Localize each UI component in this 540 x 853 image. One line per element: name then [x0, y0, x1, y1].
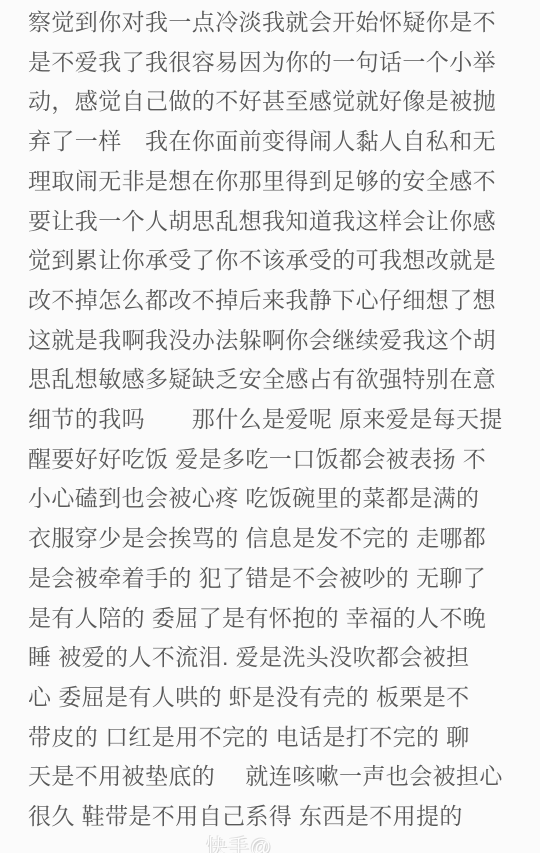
- text-line: 改不掉怎么都改不掉后来我静下心仔细想了想: [28, 281, 526, 321]
- text-line: 很久 鞋带是不用自己系得 东西是不用提的: [28, 797, 526, 837]
- text-line: 要让我一个人胡思乱想我知道我这样会让你感: [28, 202, 526, 242]
- text-line: 衣服穿少是会挨骂的 信息是发不完的 走哪都: [28, 519, 526, 559]
- text-line: 这就是我啊我没办法躲啊你会继续爱我这个胡: [28, 321, 526, 361]
- text-line: 觉到累让你承受了你不该承受的可我想改就是: [28, 241, 526, 281]
- text-line: 是会被牵着手的 犯了错是不会被吵的 无聊了: [28, 559, 526, 599]
- text-line: 心 委屈是有人哄的 虾是没有壳的 板栗是不: [28, 678, 526, 718]
- text-line: 睡 被爱的人不流泪. 爱是洗头没吹都会被担: [28, 638, 526, 678]
- text-line: 思乱想敏感多疑缺乏安全感占有欲强特别在意: [28, 360, 526, 400]
- text-line: 察觉到你对我一点冷淡我就会开始怀疑你是不: [28, 3, 526, 43]
- text-line: 细节的我吗 那什么是爱呢 原来爱是每天提: [28, 400, 526, 440]
- text-line: 天是不用被垫底的 就连咳嗽一声也会被担心: [28, 757, 526, 797]
- text-line: 是有人陪的 委屈了是有怀抱的 幸福的人不晚: [28, 599, 526, 639]
- text-line: 动，感觉自己做的不好甚至感觉就好像是被抛: [28, 82, 526, 122]
- text-line: 理取闹无非是想在你那里得到足够的安全感不: [28, 162, 526, 202]
- text-line: 弃了一样 我在你面前变得闹人黏人自私和无: [28, 122, 526, 162]
- text-line: 醒要好好吃饭 爱是多吃一口饭都会被表扬 不: [28, 440, 526, 480]
- text-line: 是不爱我了我很容易因为你的一句话一个小举: [28, 43, 526, 83]
- text-page: 察觉到你对我一点冷淡我就会开始怀疑你是不 是不爱我了我很容易因为你的一句话一个小…: [0, 0, 540, 853]
- text-line: 小心磕到也会被心疼 吃饭碗里的菜都是满的: [28, 479, 526, 519]
- text-line: 带皮的 口红是用不完的 电话是打不完的 聊: [28, 718, 526, 758]
